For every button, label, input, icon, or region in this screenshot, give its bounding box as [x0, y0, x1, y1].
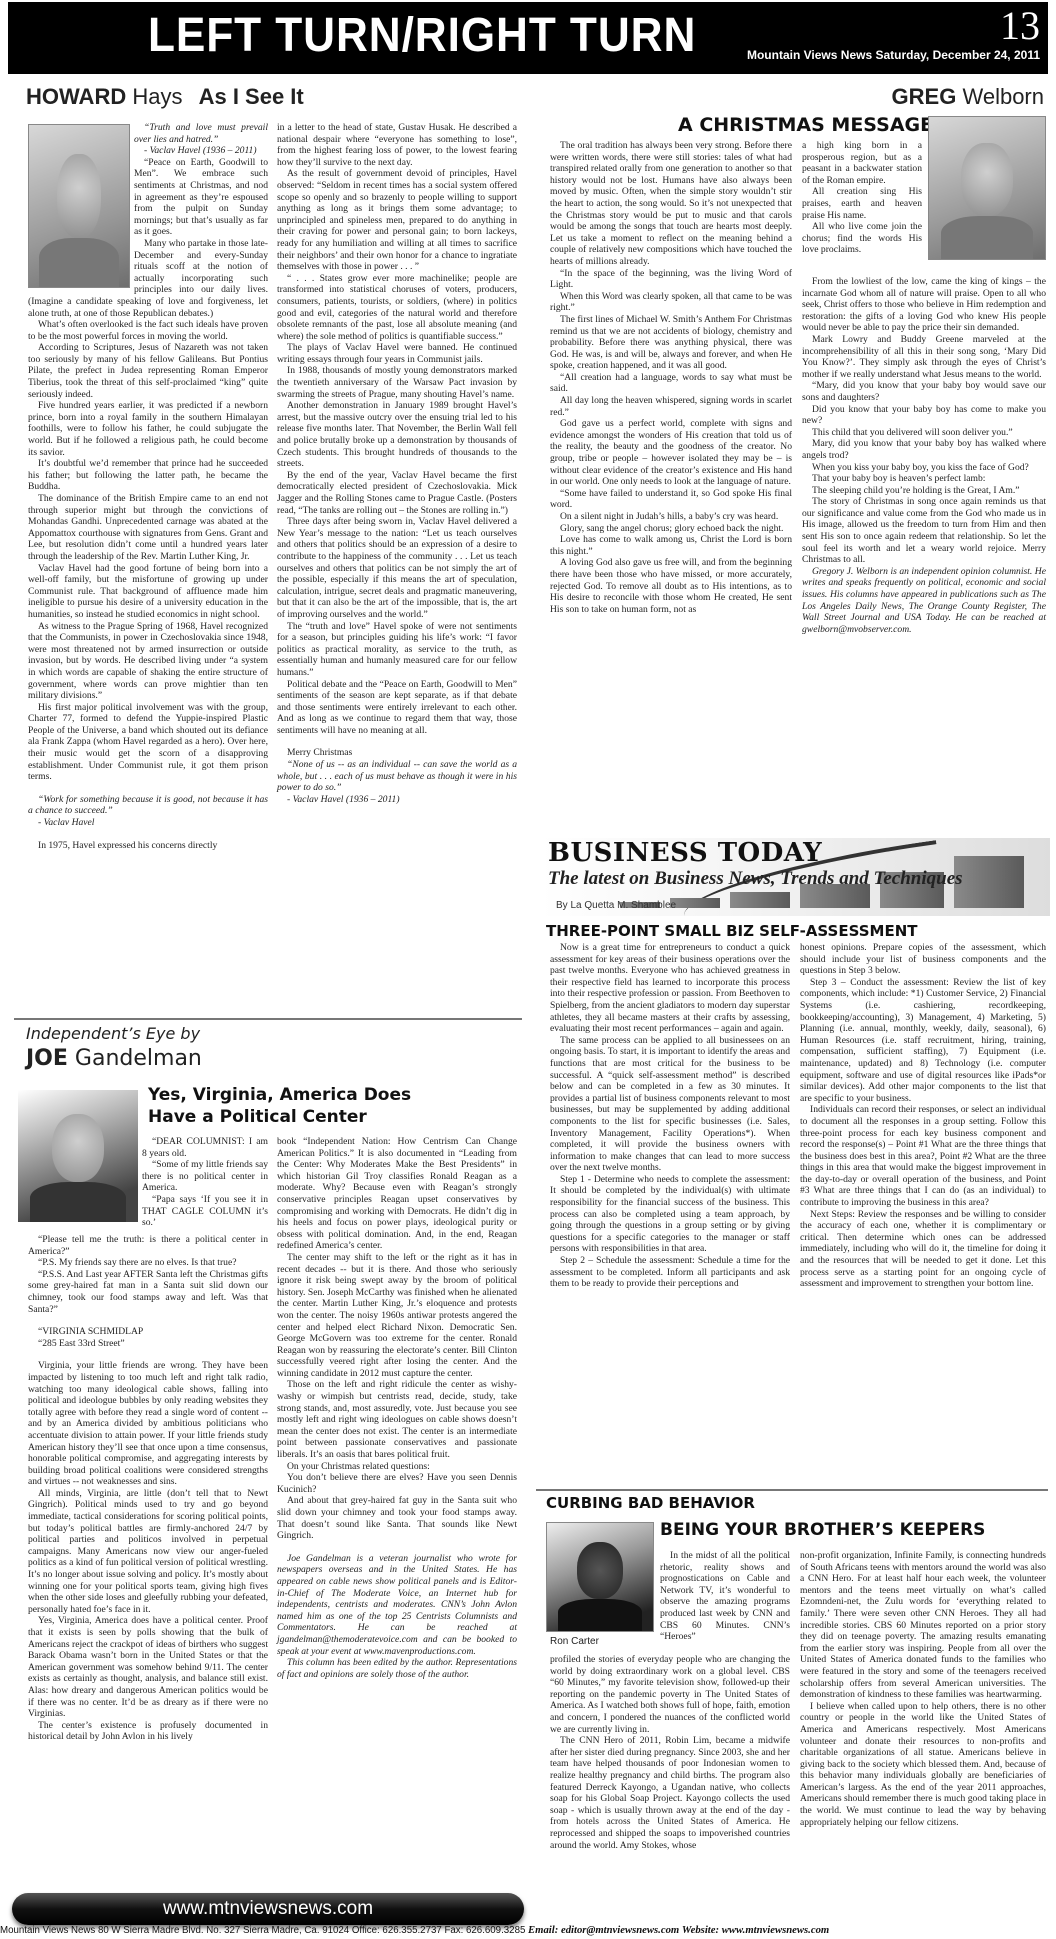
paragraph: It’s doubtful we’d remember that prince …	[28, 458, 268, 493]
paragraph: From the lowliest of the low, came the k…	[802, 276, 1046, 334]
paragraph: All day long the heaven whispered, signi…	[550, 395, 792, 418]
paragraph: “285 East 33rd Street”	[28, 1338, 268, 1350]
business-today-banner: BUSINESS TODAY The latest on Business Ne…	[540, 838, 1050, 916]
paragraph: Mary, did you know that your baby boy ha…	[802, 438, 1046, 461]
paragraph: Five hundred years earlier, it was predi…	[28, 400, 268, 458]
paragraph: This child that you delivered will soon …	[802, 427, 1046, 439]
footer-website[interactable]: Website: www.mtnviewsnews.com	[682, 1924, 829, 1936]
business-column-1: Now is a great time for entrepreneurs to…	[550, 942, 790, 1290]
business-column-2: honest opinions. Prepare copies of the a…	[800, 942, 1046, 1290]
paragraph: “P.S.S. And Last year AFTER Santa left t…	[28, 1269, 268, 1315]
gandelman-photo	[18, 1090, 138, 1222]
business-headline: THREE-POINT SMALL BIZ SELF-ASSESSMENT	[546, 922, 917, 940]
paragraph: God gave us a perfect world, complete wi…	[550, 418, 792, 488]
paragraph: Virginia, your little friends are wrong.…	[28, 1360, 268, 1488]
paragraph: You don’t believe there are elves? Have …	[277, 1472, 517, 1495]
paragraph: The story of Christmas in song once agai…	[802, 496, 1046, 566]
paragraph: non-profit organization, Infinite Family…	[800, 1550, 1046, 1701]
welborn-column-2: From the lowliest of the low, came the k…	[802, 276, 1046, 635]
paragraph: A loving God also gave us free will, and…	[550, 557, 792, 615]
paragraph: On your Christmas related questions:	[277, 1461, 517, 1473]
paragraph: That your baby boy is heaven’s perfect l…	[802, 473, 1046, 485]
paragraph: All creation sing His praises, earth and…	[802, 186, 922, 221]
paragraph: Step 1 - Determine who needs to complete…	[550, 1174, 790, 1255]
column-name: As I See It	[199, 84, 304, 109]
gandelman-headline: Yes, Virginia, America Does Have a Polit…	[148, 1084, 411, 1128]
carter-headline: BEING YOUR BROTHER’S KEEPERS	[660, 1520, 985, 1540]
business-byline: By La Quetta M. Shamblee	[556, 900, 676, 911]
paragraph: This column has been edited by the autho…	[277, 1657, 517, 1680]
welborn-byline: GREG Welborn	[892, 84, 1044, 110]
paragraph: “Some of my little friends say there is …	[142, 1159, 268, 1194]
paragraph: Step 2 – Schedule the assessment: Schedu…	[550, 1255, 790, 1290]
carter-kicker: CURBING BAD BEHAVIOR	[546, 1494, 755, 1512]
paragraph: in a letter to the head of state, Gustav…	[277, 122, 517, 168]
paragraph: The plays of Vaclav Havel were banned. H…	[277, 342, 517, 365]
paragraph: “Some have failed to understand it, so G…	[550, 488, 792, 511]
paragraph: profiled the stories of everyday people …	[550, 1654, 790, 1735]
paragraph: Those on the left and right ridicule the…	[277, 1379, 517, 1460]
paragraph: Step 3 – Conduct the assessment: Review …	[800, 977, 1046, 1105]
paragraph: The same process can be applied to all b…	[550, 1035, 790, 1174]
paragraph: Joe Gandelman is a veteran journalist wh…	[277, 1553, 517, 1657]
paragraph: In 1988, thousands of mostly young demon…	[277, 365, 517, 400]
paragraph: “P.S. My friends say there are no elves.…	[28, 1257, 268, 1269]
paragraph: The first lines of Michael W. Smith’s An…	[550, 314, 792, 372]
paragraph: “Please tell me the truth: is there a po…	[28, 1234, 268, 1257]
paragraph: The center’s existence is profusely docu…	[28, 1720, 268, 1743]
footer: Mountain Views News 80 W Sierra Madre Bl…	[0, 1924, 1024, 1936]
paragraph: Next Steps: Review the responses and be …	[800, 1209, 1046, 1290]
carter-column-2: non-profit organization, Infinite Family…	[800, 1550, 1046, 1828]
paragraph: As witness to the Prague Spring of 1968,…	[28, 621, 268, 702]
paragraph: The oral tradition has always been very …	[550, 140, 792, 268]
paragraph: Gregory J. Welborn is an independent opi…	[802, 566, 1046, 636]
gandelman-column-1-top: “DEAR COLUMNIST: I am 8 years old.“Some …	[142, 1136, 268, 1229]
paragraph: In the midst of all the political rhetor…	[660, 1550, 790, 1643]
welborn-photo	[928, 116, 1046, 260]
paragraph: His first major political involvement wa…	[28, 702, 268, 783]
gandelman-column-2: book “Independent Nation: How Centrism C…	[277, 1136, 517, 1680]
carter-column-1-top: In the midst of all the political rhetor…	[660, 1550, 790, 1643]
welborn-headline: A CHRISTMAS MESSAGE	[678, 114, 933, 136]
paragraph: Love has come to walk among us, Christ t…	[550, 534, 792, 557]
paragraph: When this Word was clearly spoken, all t…	[550, 291, 792, 314]
paragraph: What’s often overlooked is the fact such…	[28, 319, 268, 342]
paragraph: - Vaclav Havel	[28, 817, 268, 829]
paragraph: Merry Christmas	[277, 747, 517, 759]
paragraph: The “truth and love” Havel spoke of were…	[277, 621, 517, 679]
paragraph: a high king born in a prosperous region,…	[802, 140, 922, 186]
divider	[14, 1018, 522, 1020]
paragraph: - Vaclav Havel (1936 – 2011)	[277, 794, 517, 806]
paragraph: Glory, sang the angel chorus; glory echo…	[550, 523, 792, 535]
welborn-column-1: The oral tradition has always been very …	[550, 140, 792, 615]
paragraph: Political debate and the “Peace on Earth…	[277, 679, 517, 737]
dateline: Mountain Views News Saturday, December 2…	[747, 48, 1040, 62]
paragraph: “DEAR COLUMNIST: I am 8 years old.	[142, 1136, 268, 1159]
paragraph: Individuals can record their responses, …	[800, 1104, 1046, 1208]
paragraph: On a silent night in Judah’s hills, a ba…	[550, 511, 792, 523]
carter-column-1: profiled the stories of everyday people …	[550, 1654, 790, 1851]
paragraph: As the result of government devoid of pr…	[277, 168, 517, 272]
website-link-banner[interactable]: www.mtnviewsnews.com	[12, 1893, 524, 1925]
carter-photo	[546, 1522, 654, 1632]
gandelman-kicker: Independent’s Eye by	[26, 1024, 200, 1043]
paragraph: All minds, Virginia, are little (don’t t…	[28, 1488, 268, 1616]
paragraph: I believe when called upon to help other…	[800, 1701, 1046, 1829]
paragraph: The sleeping child you’re holding is the…	[802, 485, 1046, 497]
paragraph: Vaclav Havel had the good fortune of bei…	[28, 563, 268, 621]
divider	[536, 1489, 1048, 1491]
hays-byline: HOWARD Hays As I See It	[26, 84, 304, 110]
page-number: 13	[1000, 2, 1040, 49]
paragraph: Now is a great time for entrepreneurs to…	[550, 942, 790, 1035]
paragraph: The CNN Hero of 2011, Robin Lim, became …	[550, 1735, 790, 1851]
paragraph: “VIRGINIA SCHMIDLAP	[28, 1326, 268, 1338]
gandelman-column-1: “Please tell me the truth: is there a po…	[28, 1234, 268, 1743]
paragraph: “None of us -- as an individual -- can s…	[277, 759, 517, 794]
paragraph: “ . . . States grow ever more machinelik…	[277, 273, 517, 343]
paragraph: And about that grey-haired fat guy in th…	[277, 1495, 517, 1541]
paragraph: The center may shift to the left or the …	[277, 1252, 517, 1380]
paragraph: Three days after being sworn in, Vaclav …	[277, 516, 517, 620]
photo-caption: Ron Carter	[550, 1636, 599, 1647]
masthead: LEFT TURN/RIGHT TURN 13 Mountain Views N…	[8, 2, 1048, 74]
paragraph: The dominance of the British Empire came…	[28, 493, 268, 563]
gandelman-byline: JOE Gandelman	[26, 1046, 202, 1071]
paragraph: “Mary, did you know that your baby boy w…	[802, 380, 1046, 403]
business-today-subtitle: The latest on Business News, Trends and …	[548, 868, 963, 890]
paragraph: “In the space of the beginning, was the …	[550, 268, 792, 291]
paragraph: “Papa says ‘If you see it in THAT CAGLE …	[142, 1194, 268, 1229]
paragraph: Mark Lowry and Buddy Greene marveled at …	[802, 334, 1046, 380]
hays-column-1: “Truth and love must prevail over lies a…	[28, 122, 268, 851]
paragraph: Did you know that your baby boy has come…	[802, 404, 1046, 427]
paragraph: “Work for something because it is good, …	[28, 794, 268, 817]
business-today-title: BUSINESS TODAY	[548, 838, 822, 868]
paragraph: By the end of the year, Vaclav Havel bec…	[277, 470, 517, 516]
footer-email[interactable]: Email: editor@mtnviewsnews.com	[528, 1924, 679, 1936]
welborn-column-2-top: a high king born in a prosperous region,…	[802, 140, 922, 256]
paragraph: When you kiss your baby boy, you kiss th…	[802, 462, 1046, 474]
paragraph: “All creation had a language, words to s…	[550, 372, 792, 395]
hays-column-2: in a letter to the head of state, Gustav…	[277, 122, 517, 805]
paragraph: book “Independent Nation: How Centrism C…	[277, 1136, 517, 1252]
paragraph: All who live come join the chorus; find …	[802, 221, 922, 256]
paragraph: Another demonstration in January 1989 br…	[277, 400, 517, 470]
footer-address: Mountain Views News 80 W Sierra Madre Bl…	[0, 1925, 525, 1936]
paragraph: honest opinions. Prepare copies of the a…	[800, 942, 1046, 977]
paragraph: In 1975, Havel expressed his concerns di…	[28, 840, 268, 852]
paragraph: According to Scriptures, Jesus of Nazare…	[28, 342, 268, 400]
paragraph: Yes, Virginia, America does have a polit…	[28, 1615, 268, 1719]
photo-spacer	[28, 122, 134, 288]
section-title: LEFT TURN/RIGHT TURN	[148, 8, 696, 63]
